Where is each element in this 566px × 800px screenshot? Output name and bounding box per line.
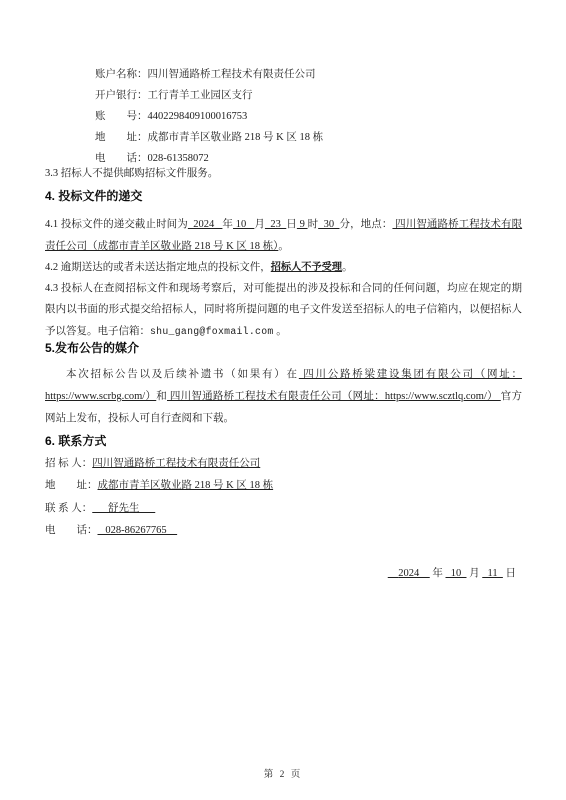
clause-3-3: 3.3 招标人不提供邮购招标文件服务。 xyxy=(45,163,522,184)
contact-phone-value: 028-86267765 xyxy=(98,525,178,536)
clause-4-2-period: 。 xyxy=(342,262,353,273)
contact-person-label: 联 系 人： xyxy=(45,503,92,514)
contact-block: 招 标 人：四川智通路桥工程技术有限责任公司 地 址：成都市青羊区敬业路 218… xyxy=(45,453,522,543)
page-number-footer: 第 2 页 xyxy=(0,768,566,782)
date-month-unit: 月 xyxy=(467,568,483,579)
day-unit: 日 xyxy=(286,219,297,230)
tenderer-row: 招 标 人：四川智通路桥工程技术有限责任公司 xyxy=(45,453,522,475)
address-row: 地 址：成都市青羊区敬业路 218 号 K 区 18 栋 xyxy=(95,127,522,148)
section-4-heading: 4. 投标文件的递交 xyxy=(45,186,522,206)
section-5-heading: 5.发布公告的媒介 xyxy=(45,338,522,358)
date-day-unit: 日 xyxy=(503,568,516,579)
media-site-2: 四川智通路桥工程技术有限责任公司（网址：https://www.scztlq.c… xyxy=(167,391,501,402)
clause-4-1: 4.1 投标文件的递交截止时间为 2024 年 10 月 23 日 9 时 30… xyxy=(45,214,522,257)
bank-row: 开户银行：工行青羊工业园区支行 xyxy=(95,85,522,106)
clause-4-2-emphasis: 招标人不予受理 xyxy=(271,262,342,273)
deadline-day-blank: 23 xyxy=(265,219,286,230)
announcement-media-paragraph: 本次招标公告以及后续补遗书（如果有）在 四川公路桥梁建设集团有限公司（网址：ht… xyxy=(45,364,522,430)
document-page: 账户名称：四川智通路桥工程技术有限责任公司 开户银行：工行青羊工业园区支行 账 … xyxy=(0,0,566,800)
tender-account-block: 账户名称：四川智通路桥工程技术有限责任公司 开户银行：工行青羊工业园区支行 账 … xyxy=(95,64,522,169)
contact-address-row: 地 址：成都市青羊区敬业路 218 号 K 区 18 栋 xyxy=(45,475,522,497)
deadline-month-blank: 10 xyxy=(233,219,254,230)
deadline-hour-blank: 9 xyxy=(297,219,308,230)
section-4-heading-text: 4. 投标文件的递交 xyxy=(45,189,142,203)
bank-value: 工行青羊工业园区支行 xyxy=(148,90,253,101)
clause-4-3: 4.3 投标人在查阅招标文件和现场考察后，对可能提出的涉及投标和合同的任何问题，… xyxy=(45,278,522,342)
minute-unit-and-place-label: 分，地点： xyxy=(340,219,393,230)
page-number-text: 第 2 页 xyxy=(264,770,303,780)
tenderer-value: 四川智通路桥工程技术有限责任公司 xyxy=(92,458,260,469)
year-unit: 年 xyxy=(222,219,233,230)
deadline-year-blank: 2024 xyxy=(188,219,223,230)
account-number-value: 4402298409100016753 xyxy=(148,111,248,122)
section-5-heading-text: 5.发布公告的媒介 xyxy=(45,341,139,355)
media-connector: 和 xyxy=(156,391,167,402)
contact-phone-row: 电 话： 028-86267765 xyxy=(45,520,522,542)
deadline-minute-blank: 30 xyxy=(318,219,339,230)
account-name-value: 四川智通路桥工程技术有限责任公司 xyxy=(148,69,316,80)
bank-label: 开户银行： xyxy=(95,90,148,101)
contact-address-value: 成都市青羊区敬业路 218 号 K 区 18 栋 xyxy=(98,480,274,491)
clause-3-3-text: 3.3 招标人不提供邮购招标文件服务。 xyxy=(45,168,218,179)
section-6-heading: 6. 联系方式 xyxy=(45,431,522,451)
section-6-heading-text: 6. 联系方式 xyxy=(45,434,106,448)
date-month-blank: 10 xyxy=(446,568,467,579)
account-name-row: 账户名称：四川智通路桥工程技术有限责任公司 xyxy=(95,64,522,85)
media-paragraph-lead: 本次招标公告以及后续补遗书（如果有）在 xyxy=(66,369,299,380)
signature-date: 2024 年 10 月 11 日 xyxy=(45,563,522,584)
contact-phone-label: 电 话： xyxy=(45,525,98,536)
account-name-label: 账户名称： xyxy=(95,69,148,80)
contact-email: shu_gang@foxmail.com xyxy=(150,326,274,337)
clause-4-2-lead: 4.2 逾期送达的或者未送达指定地点的投标文件， xyxy=(45,262,271,273)
account-number-label: 账 号： xyxy=(95,111,148,122)
clause-4-3-period: 。 xyxy=(274,326,287,337)
month-unit: 月 xyxy=(254,219,265,230)
address-value: 成都市青羊区敬业路 218 号 K 区 18 栋 xyxy=(148,132,324,143)
contact-address-label: 地 址： xyxy=(45,480,98,491)
tenderer-label: 招 标 人： xyxy=(45,458,92,469)
date-year-unit: 年 xyxy=(430,568,446,579)
clause-4-2: 4.2 逾期送达的或者未送达指定地点的投标文件，招标人不予受理。 xyxy=(45,257,522,279)
contact-person-row: 联 系 人： 舒先生 xyxy=(45,498,522,520)
address-label: 地 址： xyxy=(95,132,148,143)
hour-unit: 时 xyxy=(308,219,319,230)
date-year-blank: 2024 xyxy=(388,568,430,579)
contact-person-value: 舒先生 xyxy=(92,503,155,514)
clause-4-1-lead: 4.1 投标文件的递交截止时间为 xyxy=(45,219,188,230)
clause-4-1-period: 。 xyxy=(278,241,289,252)
date-day-blank: 11 xyxy=(482,568,503,579)
account-number-row: 账 号：4402298409100016753 xyxy=(95,106,522,127)
